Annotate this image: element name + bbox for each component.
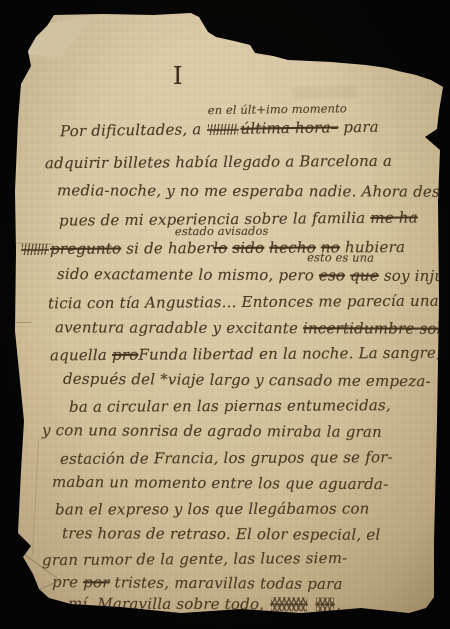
scribbled-out-word bbox=[271, 597, 307, 611]
manuscript-line: y con una sonrisa de agrado miraba la gr… bbox=[42, 421, 382, 441]
manuscript-line: aventura agradable y excitante incertidu… bbox=[55, 318, 450, 337]
word-segment: maban un momento entre los que aguarda- bbox=[52, 473, 389, 493]
scribbled-out-word bbox=[316, 597, 334, 611]
manuscript-line: adquirir billetes había llegado a Barcel… bbox=[45, 152, 392, 172]
word-segment: pre bbox=[52, 573, 83, 591]
word-segment: aquella bbox=[50, 346, 112, 364]
word-segment: incertidumbre sola bbox=[303, 319, 450, 338]
scribbled-out-word bbox=[22, 244, 48, 255]
manuscript-line: gran rumor de la gente, las luces siem- bbox=[42, 549, 348, 569]
word-segment: última hora– bbox=[240, 118, 338, 137]
manuscript-line: media-noche, y no me esperaba nadie. Aho… bbox=[57, 181, 445, 200]
chapter-numeral: I bbox=[173, 62, 183, 90]
word-segment: estación de Francia, los grupos que se f… bbox=[60, 448, 393, 468]
word-segment: tres horas de retraso. El olor especial,… bbox=[62, 524, 380, 544]
word-segment: lo bbox=[213, 239, 227, 257]
word-segment: sido bbox=[232, 239, 264, 257]
word-segment: me ha bbox=[370, 208, 418, 226]
word-segment: ticia con tía Angustias... Entonces me p… bbox=[48, 292, 439, 313]
manuscript-line: ticia con tía Angustias... Entonces me p… bbox=[48, 292, 439, 313]
word-segment: por bbox=[83, 573, 110, 591]
manuscript-line: ban el expreso y los que llegábamos con bbox=[55, 499, 370, 518]
word-segment: adquirir billetes había llegado a Barcel… bbox=[45, 152, 392, 172]
word-segment: tristes, maravillas todas para bbox=[110, 573, 343, 593]
word-segment: Funda libertad en la noche. La sangre, bbox=[138, 344, 441, 364]
manuscript-line: esto es unasido exactamente lo mismo, pe… bbox=[57, 265, 450, 285]
manuscript-text: I en el últ+imo momentoPor dificultades,… bbox=[13, 10, 443, 616]
manuscript-line: después del *viaje largo y cansado me em… bbox=[63, 370, 431, 391]
word-segment: gran rumor de la gente, las luces siem- bbox=[42, 549, 348, 569]
interline-insertion: esto es una bbox=[307, 250, 374, 264]
manuscript-line: maban un momento entre los que aguarda- bbox=[52, 473, 389, 493]
word-segment: para bbox=[338, 118, 379, 137]
word-segment: sido exactamente lo mismo, pero bbox=[57, 265, 319, 284]
manuscript-line: aquella proFunda libertad en la noche. L… bbox=[50, 344, 441, 365]
manuscript-line: ba a circular en las piernas entumecidas… bbox=[69, 396, 391, 416]
word-segment: media-noche, y no me esperaba nadie. Aho… bbox=[57, 181, 445, 200]
word-segment: pregunto bbox=[50, 239, 121, 257]
word-segment: si de haber bbox=[121, 239, 213, 257]
word-segment: eso bbox=[319, 266, 345, 284]
word-segment: Por dificultades, a bbox=[60, 120, 207, 140]
interline-insertion: estado avisados bbox=[175, 224, 269, 238]
word-segment: ban el expreso y los que llegábamos con bbox=[55, 499, 370, 518]
scribbled-out-word bbox=[208, 124, 238, 135]
word-segment: ba a circular en las piernas entumecidas… bbox=[69, 396, 391, 416]
word-segment: y con una sonrisa de agrado miraba la gr… bbox=[42, 421, 382, 441]
manuscript-line: estación de Francia, los grupos que se f… bbox=[60, 448, 393, 468]
word-segment: pro bbox=[112, 346, 139, 364]
manuscript-line: tres horas de retraso. El olor especial,… bbox=[62, 524, 380, 544]
word-segment bbox=[309, 595, 314, 613]
word-segment: que bbox=[350, 266, 379, 284]
word-segment: aventura agradable y excitante bbox=[55, 318, 303, 337]
manuscript-line: pre por tristes, maravillas todas para bbox=[52, 573, 343, 593]
manuscript-page: I en el últ+imo momentoPor dificultades,… bbox=[13, 10, 443, 616]
manuscript-line: en el últ+imo momentoPor dificultades, a… bbox=[60, 118, 379, 140]
interline-insertion: en el últ+imo momento bbox=[208, 101, 347, 117]
word-segment: después del *viaje largo y cansado me em… bbox=[63, 370, 431, 391]
